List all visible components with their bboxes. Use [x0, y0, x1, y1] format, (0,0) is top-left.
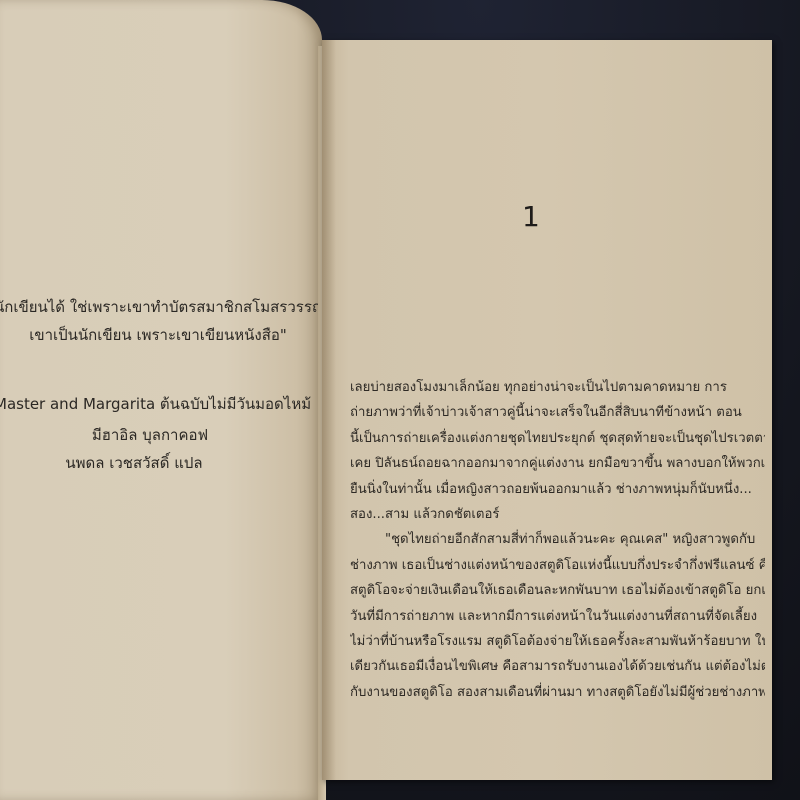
epigraph-line-2: เขาเป็นนักเขียน เพราะเขาเขียนหนังสือ" — [8, 328, 308, 343]
body-line: ถ่ายภาพว่าที่เจ้าบ่าวเจ้าสาวคู่นี้น่าจะเ… — [350, 400, 765, 425]
chapter-number: 1 — [522, 200, 540, 233]
body-line: เคย ปิลันธน์ถอยฉากออกมาจากคู่แต่งงาน ยกม… — [350, 451, 765, 476]
body-line: ช่างภาพ เธอเป็นช่างแต่งหน้าของสตูดิโอแห่… — [350, 553, 765, 578]
epigraph-line-1: นักเขียนได้ ใช่เพราะเขาทำบัตรสมาชิกสโมสร… — [0, 300, 316, 315]
translator-credit: นพดล เวชสวัสดิ์ แปล — [0, 456, 268, 471]
epigraph-source: Master and Margarita ต้นฉบับไม่มีวันมอดไ… — [0, 397, 316, 412]
chapter-body: เลยบ่ายสองโมงมาเล็กน้อย ทุกอย่างน่าจะเป็… — [350, 375, 765, 705]
left-page: นักเขียนได้ ใช่เพราะเขาทำบัตรสมาชิกสโมสร… — [0, 0, 322, 800]
body-line: ไม่ว่าที่บ้านหรือโรงแรม สตูดิโอต้องจ่ายใ… — [350, 629, 765, 654]
body-line: สตูดิโอจะจ่ายเงินเดือนให้เธอเดือนละหกพัน… — [350, 578, 765, 603]
body-line: วันที่มีการถ่ายภาพ และหากมีการแต่งหน้าใน… — [350, 604, 765, 629]
body-line: นี้เป็นการถ่ายเครื่องแต่งกายชุดไทยประยุก… — [350, 426, 765, 451]
body-line: ยืนนิ่งในท่านั้น เมื่อหญิงสาวถอยพ้นออกมา… — [350, 477, 765, 502]
body-line: เลยบ่ายสองโมงมาเล็กน้อย ทุกอย่างน่าจะเป็… — [350, 375, 765, 400]
body-line: กับงานของสตูดิโอ สองสามเดือนที่ผ่านมา ทา… — [350, 680, 765, 705]
body-line: เดียวกันเธอมีเงื่อนไขพิเศษ คือสามารถรับง… — [350, 654, 765, 679]
body-line: สอง...สาม แล้วกดชัตเตอร์ — [350, 502, 765, 527]
epigraph-author: มีฮาอิล บุลกาคอฟ — [0, 428, 300, 443]
body-line: "ชุดไทยถ่ายอีกสักสามสี่ท่าก็พอแล้วนะคะ ค… — [350, 527, 765, 552]
